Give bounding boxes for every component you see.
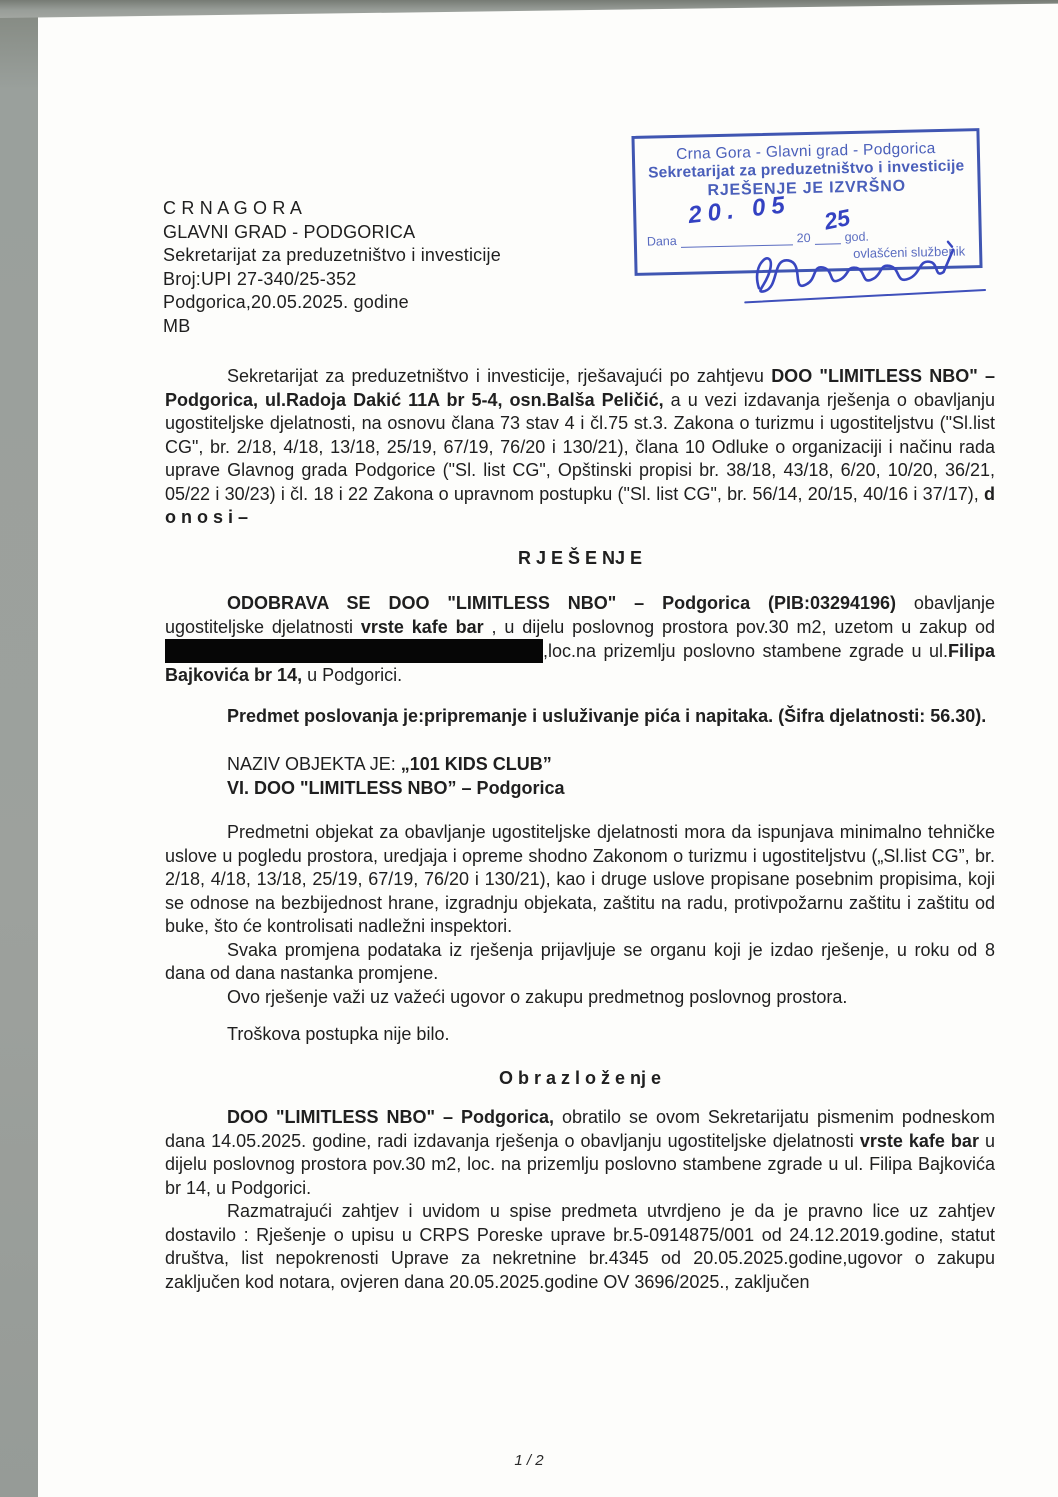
letterhead-country: C R N A G O R A: [163, 197, 501, 221]
object-name-line: NAZIV OBJEKTA JE: „101 KIDS CLUB”: [227, 753, 1057, 777]
intro-paragraph: Sekretarijat za preduzetništvo i investi…: [165, 365, 995, 530]
activity-type: vrste kafe bar: [361, 617, 484, 637]
conditions-paragraph: Predmetni objekat za obavljanje ugostite…: [165, 821, 995, 939]
intro-seg1: Sekretarijat za preduzetništvo i investi…: [227, 366, 771, 386]
letterhead: C R N A G O R A GLAVNI GRAD - PODGORICA …: [163, 197, 501, 338]
explanation-company: DOO "LIMITLESS NBO" – Podgorica,: [227, 1107, 554, 1127]
object-name-block: NAZIV OBJEKTA JE: „101 KIDS CLUB” VI. DO…: [165, 753, 1057, 800]
letterhead-department: Sekretarijat za preduzetništvo i investi…: [163, 244, 501, 268]
explanation-activity-type: vrste kafe bar: [860, 1131, 979, 1151]
resolution-heading: R J E Š E NJ E: [165, 547, 995, 571]
letterhead-ref-number: Broj:UPI 27-340/25-352: [163, 268, 501, 292]
costs-note-paragraph: Troškova postupka nije bilo.: [165, 1023, 995, 1047]
lower-body: Predmetni objekat za obavljanje ugostite…: [165, 821, 995, 1294]
redaction-box: [165, 639, 543, 663]
scan-edge-left: [0, 0, 38, 1497]
letterhead-initials: MB: [163, 315, 501, 339]
approval-seg5: ,loc.na prizemlju poslovno stambene zgra…: [543, 641, 948, 661]
approval-subject: ODOBRAVA SE DOO "LIMITLESS NBO" – Podgor…: [227, 593, 896, 613]
stamp-handwritten-year: 25: [822, 204, 852, 235]
page-number: 1 / 2: [0, 1452, 1058, 1469]
approval-paragraph: ODOBRAVA SE DOO "LIMITLESS NBO" – Podgor…: [165, 592, 995, 687]
scan-edge-top: [0, 0, 1058, 18]
approval-seg4: , u dijelu poslovnog prostora pov.30 m2,…: [484, 617, 995, 637]
owner-line: VI. DOO "LIMITLESS NBO” – Podgorica: [227, 777, 1057, 801]
letterhead-place-date: Podgorica,20.05.2025. godine: [163, 291, 501, 315]
approval-seg7: u Podgorici.: [302, 665, 402, 685]
object-name-label: NAZIV OBJEKTA JE:: [227, 754, 401, 774]
scanned-document-page: C R N A G O R A GLAVNI GRAD - PODGORICA …: [0, 0, 1058, 1497]
verification-stamp: Crna Gora - Glavni grad - Podgorica Sekr…: [631, 128, 982, 276]
letterhead-city: GLAVNI GRAD - PODGORICA: [163, 221, 501, 245]
explanation-paragraph-1: DOO "LIMITLESS NBO" – Podgorica, obratil…: [165, 1106, 995, 1200]
explanation-heading: O b r a z l o ž e nj e: [165, 1067, 995, 1091]
object-name-value: „101 KIDS CLUB”: [401, 754, 552, 774]
change-note-paragraph: Svaka promjena podataka iz rješenja prij…: [165, 939, 995, 986]
signature-handwriting: [742, 233, 994, 324]
explanation-paragraph-2: Razmatrajući zahtjev i uvidom u spise pr…: [165, 1200, 995, 1294]
validity-note-paragraph: Ovo rješenje važi uz važeći ugovor o zak…: [165, 986, 995, 1010]
stamp-date-label: Dana: [647, 234, 677, 249]
business-subject-paragraph: Predmet poslovanja je:pripremanje i uslu…: [165, 705, 995, 729]
